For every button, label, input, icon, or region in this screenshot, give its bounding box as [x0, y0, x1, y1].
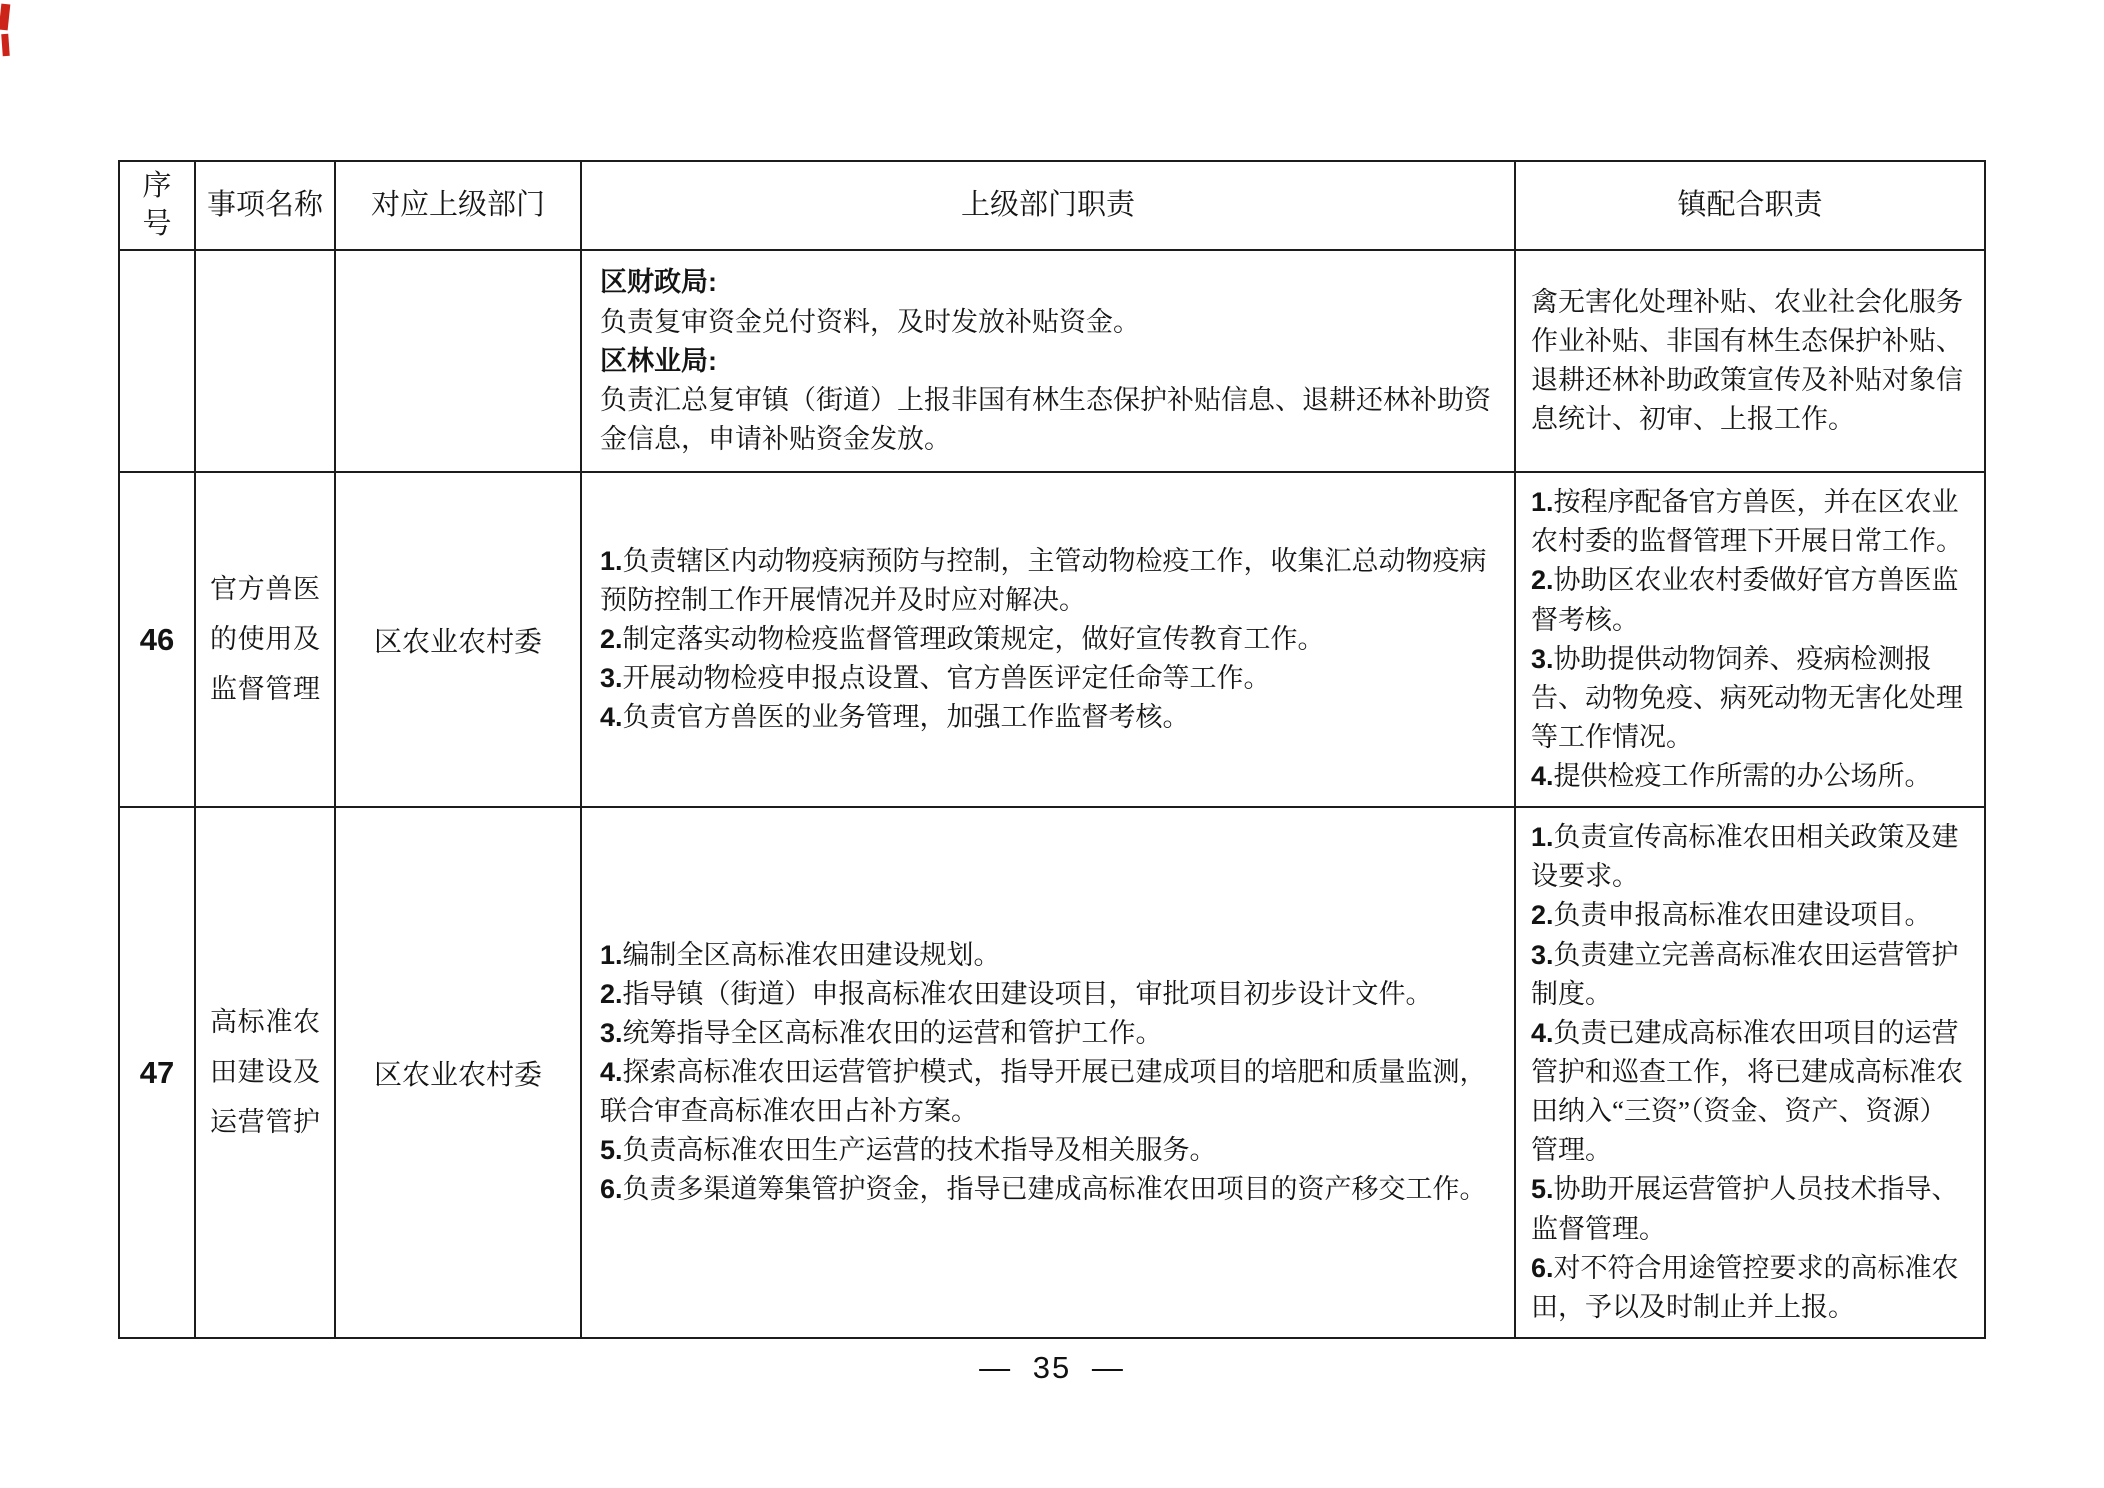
cell-department — [335, 250, 581, 472]
duty-item: 3.开展动物检疫申报点设置、官方兽医评定任命等工作。 — [600, 659, 1496, 698]
scan-artifact — [0, 4, 10, 31]
cell-superior-duties: 1.编制全区高标准农田建设规划。 2.指导镇（街道）申报高标准农田建设项目，审批… — [581, 807, 1515, 1338]
dept-block-title: 区林业局: — [600, 342, 1496, 381]
duty-item: 4.负责已建成高标准农田项目的运营管护和巡查工作，将已建成高标准农田纳入“三资”… — [1531, 1014, 1969, 1171]
duty-item: 4.提供检疫工作所需的办公场所。 — [1531, 757, 1969, 796]
cell-department: 区农业农村委 — [335, 807, 581, 1338]
cell-item-name — [195, 250, 335, 472]
header-col-item: 事项名称 — [195, 161, 335, 250]
duty-item: 1.负责宣传高标准农田相关政策及建设要求。 — [1531, 818, 1969, 896]
page-number: — 35 — — [0, 1350, 2104, 1386]
duty-item: 1.编制全区高标准农田建设规划。 — [600, 936, 1496, 975]
scan-artifact — [1, 34, 10, 56]
duty-item: 3.协助提供动物饲养、疫病检测报告、动物免疫、病死动物无害化处理等工作情况。 — [1531, 640, 1969, 757]
table-header-row: 序号 事项名称 对应上级部门 上级部门职责 镇配合职责 — [119, 161, 1985, 250]
dept-block-body: 负责汇总复审镇（街道）上报非国有林生态保护补贴信息、退耕还林补助资金信息，申请补… — [600, 381, 1496, 459]
duty-item: 3.统筹指导全区高标准农田的运营和管护工作。 — [600, 1014, 1496, 1053]
cell-town-duties: 1.负责宣传高标准农田相关政策及建设要求。 2.负责申报高标准农田建设项目。 3… — [1515, 807, 1985, 1338]
duty-item: 5.负责高标准农田生产运营的技术指导及相关服务。 — [600, 1131, 1496, 1170]
duty-item: 3.负责建立完善高标准农田运营管护制度。 — [1531, 936, 1969, 1014]
duty-item: 1.按程序配备官方兽医，并在区农业农村委的监督管理下开展日常工作。 — [1531, 483, 1969, 561]
table-row-46: 46 官方兽医的使用及监督管理 区农业农村委 1.负责辖区内动物疫病预防与控制，… — [119, 472, 1985, 807]
duty-item: 2.协助区农业农村委做好官方兽医监督考核。 — [1531, 561, 1969, 639]
cell-superior-duties: 区财政局: 负责复审资金兑付资料，及时发放补贴资金。 区林业局: 负责汇总复审镇… — [581, 250, 1515, 472]
document-page: 序号 事项名称 对应上级部门 上级部门职责 镇配合职责 区财政局: 负责复审资金… — [0, 0, 2104, 1488]
cell-index: 46 — [119, 472, 195, 807]
cell-department: 区农业农村委 — [335, 472, 581, 807]
header-col-superior-duties: 上级部门职责 — [581, 161, 1515, 250]
duty-item: 6.对不符合用途管控要求的高标准农田，予以及时制止并上报。 — [1531, 1249, 1969, 1327]
duty-item: 2.负责申报高标准农田建设项目。 — [1531, 896, 1969, 935]
header-col-town-duties: 镇配合职责 — [1515, 161, 1985, 250]
duty-item: 4.负责官方兽医的业务管理，加强工作监督考核。 — [600, 698, 1496, 737]
duty-item: 2.指导镇（街道）申报高标准农田建设项目，审批项目初步设计文件。 — [600, 975, 1496, 1014]
cell-town-duties: 1.按程序配备官方兽医，并在区农业农村委的监督管理下开展日常工作。 2.协助区农… — [1515, 472, 1985, 807]
duty-item: 4.探索高标准农田运营管护模式，指导开展已建成项目的培肥和质量监测，联合审查高标… — [600, 1053, 1496, 1131]
header-col-department: 对应上级部门 — [335, 161, 581, 250]
town-duty-text: 禽无害化处理补贴、农业社会化服务作业补贴、非国有林生态保护补贴、退耕还林补助政策… — [1531, 283, 1969, 440]
cell-item-name: 高标准农田建设及运营管护 — [195, 807, 335, 1338]
cell-item-name: 官方兽医的使用及监督管理 — [195, 472, 335, 807]
dept-block-body: 负责复审资金兑付资料，及时发放补贴资金。 — [600, 303, 1496, 342]
duty-table: 序号 事项名称 对应上级部门 上级部门职责 镇配合职责 区财政局: 负责复审资金… — [118, 160, 1986, 1339]
cell-superior-duties: 1.负责辖区内动物疫病预防与控制，主管动物检疫工作，收集汇总动物疫病预防控制工作… — [581, 472, 1515, 807]
table-row-47: 47 高标准农田建设及运营管护 区农业农村委 1.编制全区高标准农田建设规划。 … — [119, 807, 1985, 1338]
duty-item: 1.负责辖区内动物疫病预防与控制，主管动物检疫工作，收集汇总动物疫病预防控制工作… — [600, 542, 1496, 620]
cell-index: 47 — [119, 807, 195, 1338]
duty-item: 2.制定落实动物检疫监督管理政策规定，做好宣传教育工作。 — [600, 620, 1496, 659]
cell-index — [119, 250, 195, 472]
header-col-index: 序号 — [119, 161, 195, 250]
duty-item: 6.负责多渠道筹集管护资金，指导已建成高标准农田项目的资产移交工作。 — [600, 1170, 1496, 1209]
cell-town-duties: 禽无害化处理补贴、农业社会化服务作业补贴、非国有林生态保护补贴、退耕还林补助政策… — [1515, 250, 1985, 472]
dept-block-title: 区财政局: — [600, 263, 1496, 302]
table-row-continuation: 区财政局: 负责复审资金兑付资料，及时发放补贴资金。 区林业局: 负责汇总复审镇… — [119, 250, 1985, 472]
duty-item: 5.协助开展运营管护人员技术指导、监督管理。 — [1531, 1170, 1969, 1248]
